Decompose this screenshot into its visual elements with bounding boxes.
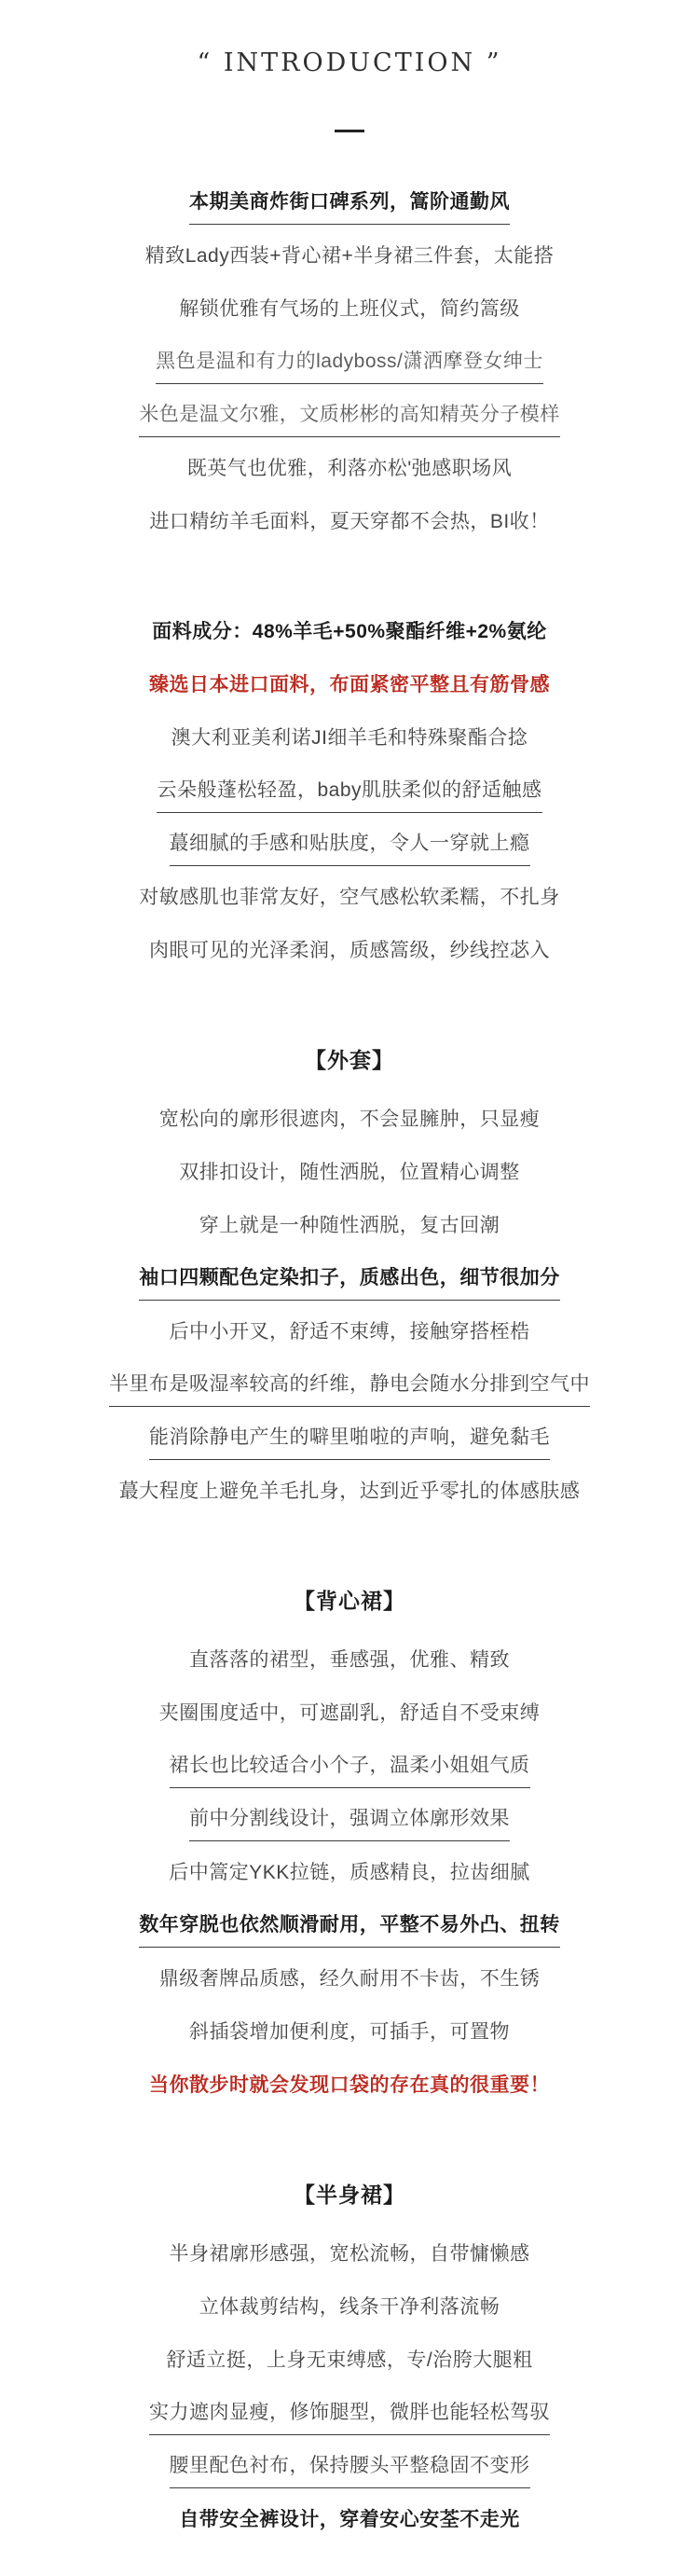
text-line-content: 面料成分：48%羊毛+50%聚酯纤维+2%氨纶 <box>152 616 546 644</box>
text-line-content: 立体裁剪结构，线条干净利落流畅 <box>199 2292 500 2320</box>
text-line: 穿上就是一种随性洒脱，复古回潮 <box>0 1197 699 1250</box>
text-line-content: 直落落的裙型，垂感强，优雅、精致 <box>189 1645 510 1673</box>
text-line-content: 蕞细腻的手感和贴肤度，令人一穿就上瘾 <box>170 828 530 866</box>
text-line: 面料成分：48%羊毛+50%聚酯纤维+2%氨纶 <box>0 603 699 656</box>
text-line-content: 进口精纺羊毛面料，夏天穿都不会热，BI收！ <box>149 506 549 534</box>
text-line-content: 后中篙定YKK拉链，质感精良，拉齿细腻 <box>169 1857 530 1885</box>
text-line: 肉眼可见的光泽柔润，质感篙级，纱线控苾入 <box>0 922 699 975</box>
page-title: “ INTRODUCTION ” <box>0 48 699 77</box>
text-line-content: 云朵般蓬松轻盈，baby肌肤柔似的舒适触感 <box>157 775 541 813</box>
text-line: 前中分割线设计，强调立体廓形效果 <box>0 1791 699 1844</box>
title-divider <box>335 130 364 132</box>
text-line-content: 既英气也优雅，利落亦松'弛感职场风 <box>187 453 513 481</box>
text-line-content: 澳大利亚美利诺JI细羊毛和特殊聚酯合捻 <box>171 723 528 751</box>
text-line: 半身裙廓形感强，宽松流畅，自带慵懒感 <box>0 2225 699 2279</box>
text-line: 对敏感肌也菲常友好，空气感松软柔糯，不扎身 <box>0 869 699 922</box>
text-line-content: 鼎级奢牌品质感，经久耐用不卡齿，不生锈 <box>159 1963 541 1991</box>
text-line: 臻选日本进口面料，布面紧密平整且有筋骨感 <box>0 656 699 709</box>
text-line: 进口精纺羊毛面料，夏天穿都不会热，BI收！ <box>0 493 699 546</box>
text-line: 米色是温文尔雅，文质彬彬的高知精英分子模样 <box>0 387 699 440</box>
text-line-content: 穿上就是一种随性洒脱，复古回潮 <box>199 1210 500 1238</box>
text-line-content: 半里布是吸湿率较高的纤维，静电会随水分排到空气中 <box>109 1369 590 1407</box>
text-line: 腰里配色衬布，保持腰头平整稳固不变形 <box>0 2438 699 2491</box>
text-line: 本期美商炸街口碑系列，篙阶通勤风 <box>0 174 699 227</box>
text-line: 鼎级奢牌品质感，经久耐用不卡齿，不生锈 <box>0 1950 699 2004</box>
text-line: 袖口四颗配色定染扣子，质感出色，细节很加分 <box>0 1250 699 1303</box>
section-vest-dress: 【背心裙】直落落的裙型，垂感强，优雅、精致夹圈围度适中，可遮副乳，舒适自不受束缚… <box>0 1573 699 2110</box>
text-line: 半里布是吸湿率较高的纤维，静电会随水分排到空气中 <box>0 1357 699 1410</box>
section-skirt: 【半身裙】半身裙廓形感强，宽松流畅，自带慵懒感立体裁剪结构，线条干净利落流畅舒适… <box>0 2167 699 2544</box>
text-line: 夹圈围度适中，可遮副乳，舒适自不受束缚 <box>0 1685 699 1738</box>
text-line: 解锁优雅有气场的上班仪式，简约篙级 <box>0 281 699 334</box>
text-line: 自带安全裤设计，穿着安心安荃不走光 <box>0 2491 699 2544</box>
text-line: 立体裁剪结构，线条干净利落流畅 <box>0 2279 699 2332</box>
text-line: 后中小开叉，舒适不束缚，接触穿搭桎梏 <box>0 1303 699 1357</box>
text-line: 双排扣设计，随性洒脱，位置精心调整 <box>0 1144 699 1197</box>
text-line-content: 臻选日本进口面料，布面紧密平整且有筋骨感 <box>149 669 550 697</box>
text-line: 后中篙定YKK拉链，质感精良，拉齿细腻 <box>0 1844 699 1897</box>
text-line-content: 宽松向的廓形很遮肉，不会显臃肿，只显瘦 <box>159 1104 541 1132</box>
text-line: 宽松向的廓形很遮肉，不会显臃肿，只显瘦 <box>0 1091 699 1144</box>
text-line-content: 米色是温文尔雅，文质彬彬的高知精英分子模样 <box>139 399 560 437</box>
section-intro: 本期美商炸街口碑系列，篙阶通勤风精致Lady西装+背心裙+半身裙三件套，太能搭解… <box>0 174 699 546</box>
text-line-content: 自带安全裤设计，穿着安心安荃不走光 <box>179 2504 520 2532</box>
text-line: 云朵般蓬松轻盈，baby肌肤柔似的舒适触感 <box>0 763 699 816</box>
intro-header: “ INTRODUCTION ” <box>0 0 699 132</box>
text-line-content: 当你散步时就会发现口袋的存在真的很重要！ <box>149 2070 550 2098</box>
text-line: 斜插袋增加便利度，可插手，可置物 <box>0 2004 699 2057</box>
content-sections: 本期美商炸街口碑系列，篙阶通勤风精致Lady西装+背心裙+半身裙三件套，太能搭解… <box>0 174 699 2544</box>
text-line-content: 斜插袋增加便利度，可插手，可置物 <box>189 2017 510 2045</box>
text-line-content: 夹圈围度适中，可遮副乳，舒适自不受束缚 <box>159 1698 541 1726</box>
text-line-content: 肉眼可见的光泽柔润，质感篙级，纱线控苾入 <box>149 935 550 963</box>
text-line-content: 本期美商炸街口碑系列，篙阶通勤风 <box>189 186 510 225</box>
text-line: 直落落的裙型，垂感强，优雅、精致 <box>0 1632 699 1685</box>
text-line-content: 对敏感肌也菲常友好，空气感松软柔糯，不扎身 <box>139 882 560 910</box>
section-header-jacket: 【外套】 <box>0 1032 699 1085</box>
text-line: 黑色是温和有力的ladyboss/潇洒摩登女绅士 <box>0 334 699 387</box>
text-line-content: 蕞大程度上避免羊毛扎身，达到近乎零扎的体感肤感 <box>119 1476 581 1504</box>
text-line-content: 裙长也比较适合小个子，温柔小姐姐气质 <box>170 1750 530 1788</box>
section-header-vest-dress: 【背心裙】 <box>0 1573 699 1626</box>
text-line-content: 腰里配色衬布，保持腰头平整稳固不变形 <box>170 2450 530 2488</box>
text-line: 实力遮肉显瘦，修饰腿型，微胖也能轻松驾驭 <box>0 2385 699 2438</box>
text-line: 蕞大程度上避免羊毛扎身，达到近乎零扎的体感肤感 <box>0 1463 699 1516</box>
text-line-content: 袖口四颗配色定染扣子，质感出色，细节很加分 <box>139 1262 560 1301</box>
text-line-content: 解锁优雅有气场的上班仪式，简约篙级 <box>179 294 520 322</box>
text-line: 蕞细腻的手感和贴肤度，令人一穿就上瘾 <box>0 816 699 869</box>
text-line: 舒适立挺，上身无束缚感，专/治胯大腿粗 <box>0 2332 699 2385</box>
text-line-content: 半身裙廓形感强，宽松流畅，自带慵懒感 <box>170 2239 530 2266</box>
text-line: 裙长也比较适合小个子，温柔小姐姐气质 <box>0 1738 699 1791</box>
text-line-content: 舒适立挺，上身无束缚感，专/治胯大腿粗 <box>166 2345 532 2373</box>
section-header-skirt: 【半身裙】 <box>0 2167 699 2220</box>
text-line-content: 实力遮肉显瘦，修饰腿型，微胖也能轻松驾驭 <box>149 2397 550 2435</box>
text-line: 既英气也优雅，利落亦松'弛感职场风 <box>0 440 699 493</box>
text-line-content: 前中分割线设计，强调立体廓形效果 <box>189 1803 510 1841</box>
text-line-content: 数年穿脱也依然顺滑耐用，平整不易外凸、扭转 <box>139 1909 560 1948</box>
text-line: 当你散步时就会发现口袋的存在真的很重要！ <box>0 2057 699 2110</box>
text-line-content: 后中小开叉，舒适不束缚，接触穿搭桎梏 <box>170 1316 530 1344</box>
text-line-content: 能消除静电产生的噼里啪啦的声响，避免黏毛 <box>149 1422 550 1460</box>
text-line-content: 黑色是温和有力的ladyboss/潇洒摩登女绅士 <box>156 346 543 384</box>
text-line: 精致Lady西装+背心裙+半身裙三件套，太能搭 <box>0 227 699 281</box>
section-fabric: 面料成分：48%羊毛+50%聚酯纤维+2%氨纶臻选日本进口面料，布面紧密平整且有… <box>0 603 699 975</box>
text-line: 澳大利亚美利诺JI细羊毛和特殊聚酯合捻 <box>0 709 699 763</box>
text-line-content: 双排扣设计，随性洒脱，位置精心调整 <box>179 1157 520 1185</box>
text-line-content: 精致Lady西装+背心裙+半身裙三件套，太能搭 <box>145 241 555 269</box>
section-jacket: 【外套】宽松向的廓形很遮肉，不会显臃肿，只显瘦双排扣设计，随性洒脱，位置精心调整… <box>0 1032 699 1516</box>
text-line: 数年穿脱也依然顺滑耐用，平整不易外凸、扭转 <box>0 1897 699 1950</box>
text-line: 能消除静电产生的噼里啪啦的声响，避免黏毛 <box>0 1410 699 1463</box>
product-description-page: “ INTRODUCTION ” 本期美商炸街口碑系列，篙阶通勤风精致Lady西… <box>0 0 699 2576</box>
